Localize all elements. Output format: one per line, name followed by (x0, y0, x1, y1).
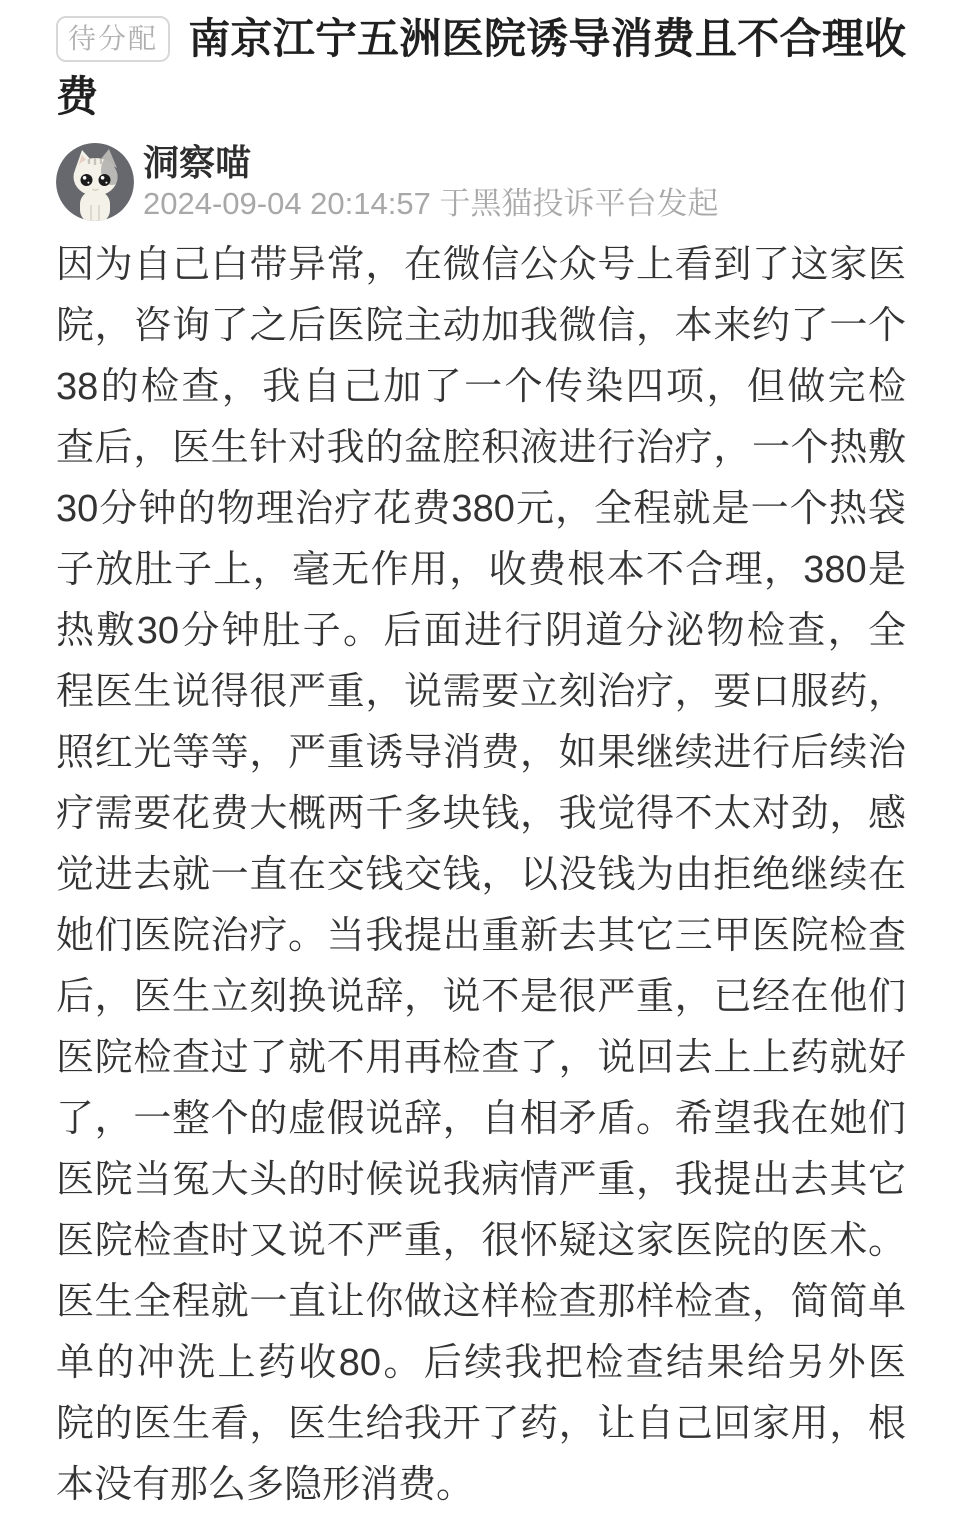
author-info: 洞察喵 2024-09-04 20:14:57 于黑猫投诉平台发起 (143, 142, 718, 221)
complaint-body-line: 38的检查，我自己加了一个传染四项，但做完检 (56, 357, 906, 418)
title-line-1: 待分配南京江宁五洲医院诱导消费且不合理收 (56, 10, 906, 68)
complaint-body-line: 医院检查过了就不用再检查了，说回去上上药就好 (56, 1028, 906, 1089)
author-name[interactable]: 洞察喵 (143, 142, 718, 184)
complaint-body-line: 觉进去就一直在交钱交钱，以没钱为由拒绝继续在 (56, 845, 906, 906)
complaint-body-line: 因为自己白带异常，在微信公众号上看到了这家医 (56, 235, 906, 296)
complaint-body-line: 单的冲洗上药收80。后续我把检查结果给另外医 (56, 1333, 906, 1394)
complaint-body-line: 疗需要花费大概两千多块钱，我觉得不太对劲，感 (56, 784, 906, 845)
complaint-body-line: 她们医院治疗。当我提出重新去其它三甲医院检查 (56, 906, 906, 967)
title-text-part-2: 费 (56, 68, 906, 126)
post-timestamp: 2024-09-04 20:14:57 于黑猫投诉平台发起 (143, 187, 718, 221)
complaint-body-line: 院，咨询了之后医院主动加我微信，本来约了一个 (56, 296, 906, 357)
avatar[interactable] (56, 143, 134, 221)
complaint-body-line: 医院检查时又说不严重，很怀疑这家医院的医术。 (56, 1211, 906, 1272)
title-text-part-1: 南京江宁五洲医院诱导消费且不合理收 (188, 15, 906, 62)
complaint-body-line: 了，一整个的虚假说辞，自相矛盾。希望我在她们 (56, 1089, 906, 1150)
author-header: 洞察喵 2024-09-04 20:14:57 于黑猫投诉平台发起 (56, 142, 906, 221)
complaint-body-line: 查后，医生针对我的盆腔积液进行治疗，一个热敷 (56, 418, 906, 479)
complaint-body-line: 后，医生立刻换说辞，说不是很严重，已经在他们 (56, 967, 906, 1028)
complaint-body-line: 30分钟的物理治疗花费380元，全程就是一个热袋 (56, 479, 906, 540)
complaint-body-line: 医生全程就一直让你做这样检查那样检查，简简单 (56, 1272, 906, 1333)
complaint-body: 因为自己白带异常，在微信公众号上看到了这家医院，咨询了之后医院主动加我微信，本来… (56, 235, 906, 1516)
complaint-body-line: 本没有那么多隐形消费。 (56, 1455, 906, 1516)
complaint-body-line: 子放肚子上，毫无作用，收费根本不合理，380是 (56, 540, 906, 601)
complaint-page: 待分配南京江宁五洲医院诱导消费且不合理收 费 (0, 0, 956, 1540)
complaint-body-line: 程医生说得很严重，说需要立刻治疗，要口服药， (56, 662, 906, 723)
complaint-body-line: 照红光等等，严重诱导消费，如果继续进行后续治 (56, 723, 906, 784)
status-badge: 待分配 (56, 16, 170, 62)
content-area: 待分配南京江宁五洲医院诱导消费且不合理收 费 (0, 0, 956, 1516)
complaint-body-line: 热敷30分钟肚子。后面进行阴道分泌物检查，全 (56, 601, 906, 662)
page-title: 待分配南京江宁五洲医院诱导消费且不合理收 费 (56, 10, 906, 126)
complaint-body-line: 医院当冤大头的时候说我病情严重，我提出去其它 (56, 1150, 906, 1211)
complaint-body-line: 院的医生看，医生给我开了药，让自己回家用，根 (56, 1394, 906, 1455)
cat-avatar-icon (56, 143, 134, 221)
